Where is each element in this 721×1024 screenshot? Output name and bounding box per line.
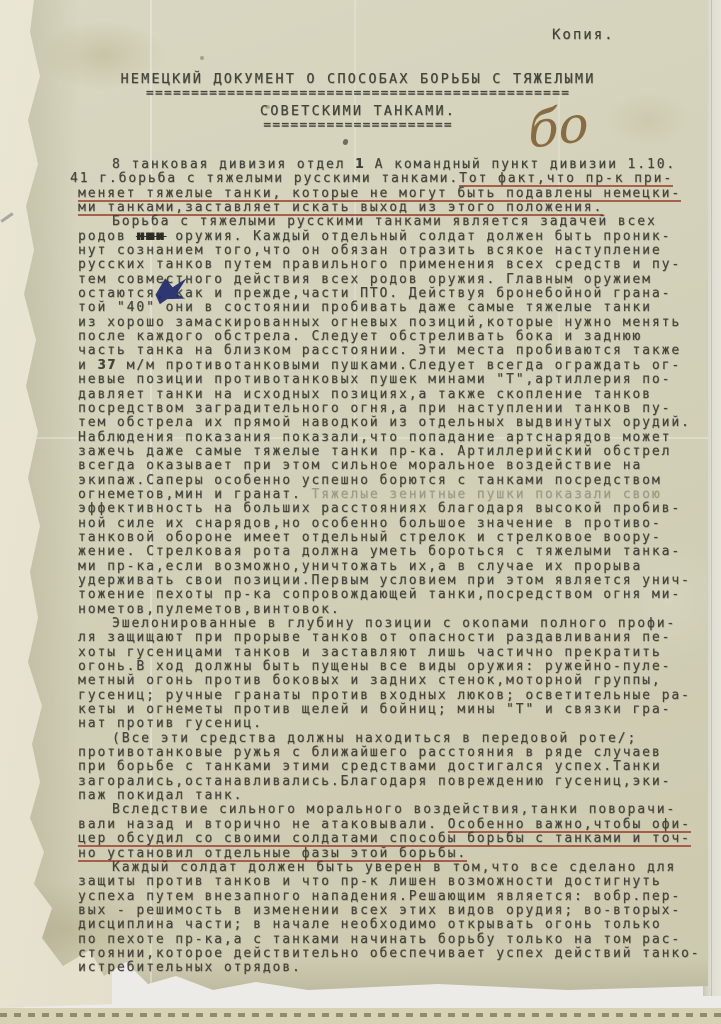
typewritten-text: вали назад и вторично не атаковывали. (78, 817, 448, 832)
text-line: Вследствие сильного морального воздейств… (78, 803, 704, 817)
text-line: ми танками,заставляет искать выход из эт… (78, 201, 704, 215)
paper-stain (200, 56, 204, 60)
text-line: танковой обороне имеет отдельный стрелок… (78, 531, 704, 545)
text-line: кеты и огнеметы против щелей и бойниц; м… (78, 703, 704, 717)
typewritten-text: 1 (355, 157, 365, 172)
text-line: огнеметов,мин и гранат. Тяжелые зенитные… (78, 488, 704, 502)
copy-label: Копия. (552, 27, 615, 43)
text-line: успеха путем внезапного нападения.Решающ… (78, 890, 704, 904)
typewritten-text: часть танка на близком расстоянии. Эти м… (78, 343, 681, 358)
text-line: меняет тяжелые танки, которые не могут б… (78, 187, 704, 201)
text-line: эффективность на больших расстояниях бла… (78, 502, 704, 516)
typewritten-text: 8 танковая дивизия отдел (112, 157, 355, 172)
typewritten-text: паж покидал танк. (78, 788, 243, 803)
typewritten-text: (Все эти средства должны находиться в пе… (112, 731, 637, 746)
text-line: давляет танки на исходных позициях,а так… (78, 388, 704, 402)
text-line: и 37 м/м противотанковыми пушками.Следуе… (78, 359, 704, 373)
text-line: Эшелонированные в глубину позиции с окоп… (78, 617, 704, 631)
typewritten-text: при борьбе с танками этими средствами до… (78, 759, 662, 774)
text-line: по пехоте пр-ка,а с танками начинать бор… (78, 933, 704, 947)
typewritten-text: нометов,пулеметов,винтовок. (78, 602, 341, 617)
title-rule-1: ========================================… (8, 85, 708, 102)
typewritten-text: противотанковые ружья с ближайшего расст… (78, 745, 662, 760)
typewritten-text: невые позиции противотанковых пушек мина… (78, 372, 671, 387)
typewritten-text: удерживать свои позиции.Первым условием … (78, 573, 691, 588)
typewritten-text: Борьба с тяжелыми русскими танками являе… (112, 214, 657, 229)
text-line: огонь.В ход должны быть пущены все виды … (78, 660, 704, 674)
typewritten-text: нут сознанием того,что он обязан отразит… (78, 243, 662, 258)
text-line: 8 танковая дивизия отдел 1 А командный п… (78, 158, 704, 172)
handwritten-page-number: бо (527, 94, 590, 159)
text-line: но установил отдельные фазы этой борьбы. (78, 847, 704, 861)
text-line: зажечь даже самые тяжелые танки пр-ка. А… (78, 445, 704, 459)
typewritten-text: эффективность на больших расстояниях бла… (78, 501, 681, 516)
next-page-edge (0, 1008, 721, 1024)
typewritten-text: жение. Стрелковая рота должна уметь боро… (78, 544, 681, 559)
typewritten-text: вых - решимость в изменении всех этих ви… (78, 903, 681, 918)
red-underlined-text: Тот факт,что пр-к при- (459, 171, 673, 187)
text-line: родов нши оружия. Каждый отдельный солда… (78, 230, 704, 244)
text-line: дисциплина части; в начале необходимо от… (78, 918, 704, 932)
text-line: защиты против танков и что пр-к лишен во… (78, 875, 704, 889)
typewritten-text: посредством заградительного огня,а при н… (78, 401, 671, 416)
text-line: Каждый солдат должен быть уверен в том,ч… (78, 861, 704, 875)
text-line: противотанковые ружья с ближайшего расст… (78, 746, 704, 760)
typewritten-text: Вследствие сильного морального воздейств… (112, 802, 676, 817)
ink-blot-icon (152, 274, 198, 306)
text-line: часть танка на близком расстоянии. Эти м… (78, 344, 704, 358)
typewritten-text: ной силе их снарядов,но особенно большое… (78, 516, 662, 531)
scanned-document-page: Копия. НЕМЕЦКИЙ ДОКУМЕНТ О СПОСОБАХ БОРЬ… (0, 0, 721, 1024)
text-line: Борьба с тяжелыми русскими танками являе… (78, 215, 704, 229)
text-line: нат против гусениц. (78, 717, 704, 731)
typewritten-text: Тяжелые зенитные пушки показали свою (311, 487, 661, 502)
text-line: нометов,пулеметов,винтовок. (78, 603, 704, 617)
document-title: НЕМЕЦКИЙ ДОКУМЕНТ О СПОСОБАХ БОРЬБЫ С ТЯ… (8, 70, 708, 134)
typewritten-text: 41 г.борьба с тяжелыми русскими танками. (70, 171, 459, 186)
right-edge-crease (711, 0, 712, 996)
typewritten-text: русских танков путем правильного примене… (78, 257, 681, 272)
typewritten-text: экипаж.Саперы особенно успешно борются с… (78, 473, 662, 488)
text-line: загорались,останавливались.Благодаря пов… (78, 775, 704, 789)
text-line: жение. Стрелковая рота должна уметь боро… (78, 545, 704, 559)
typewritten-text: дисциплина части; в начале необходимо от… (78, 917, 662, 932)
text-line: при борьбе с танками этими средствами до… (78, 760, 704, 774)
text-line: невые позиции противотанковых пушек мина… (78, 373, 704, 387)
typewritten-text: Эшелонированные в глубину позиции с окоп… (112, 616, 676, 631)
text-line: (Все эти средства должны находиться в пе… (78, 732, 704, 746)
text-line: 41 г.борьба с тяжелыми русскими танками.… (70, 172, 704, 186)
text-line: хоты гусеницами танков и заставляют лишь… (78, 646, 704, 660)
text-line: нут сознанием того,что он обязан отразит… (78, 244, 704, 258)
typewritten-text: Каждый солдат должен быть уверен в том,ч… (112, 860, 676, 875)
typewritten-text: огнеметов,мин и гранат. (78, 487, 311, 502)
text-line: тем обстрела их прямой наводкой из отдел… (78, 416, 704, 430)
next-page-dashes (0, 1013, 721, 1017)
typewritten-text: родов (78, 229, 136, 244)
typewritten-text: из хорошо замаскированных огневых позици… (78, 315, 681, 330)
text-line: Наблюдения показания показали,что попада… (78, 431, 704, 445)
typewritten-text: танковой обороне имеет отдельный стрелок… (78, 530, 662, 545)
title-rule-2: ===================== (8, 117, 708, 134)
typewritten-text: успеха путем внезапного нападения.Решающ… (78, 889, 681, 904)
red-underlined-text: цер обсудил со своими солдатами способы … (78, 831, 691, 847)
text-line: ля защищают при прорыве танков от опасно… (78, 631, 704, 645)
typewritten-text: тем обстрела их прямой наводкой из отдел… (78, 415, 691, 430)
typewritten-text: давляет танки на исходных позициях,а так… (78, 387, 652, 402)
text-line: после каждого обстрела. Следует обстрели… (78, 330, 704, 344)
text-line: вых - решимость в изменении всех этих ви… (78, 904, 704, 918)
typewritten-text: огонь.В ход должны быть пущены все виды … (78, 659, 671, 674)
typewritten-text: 37 (97, 358, 116, 373)
text-line: гусениц; ручные гранаты против входных л… (78, 689, 704, 703)
paper-stain (265, 105, 270, 109)
typewritten-text: гусениц; ручные гранаты против входных л… (78, 688, 691, 703)
text-line: удерживать свои позиции.Первым условием … (78, 574, 704, 588)
typewritten-text: кеты и огнеметы против щелей и бойниц; м… (78, 702, 671, 717)
typewritten-text: тожение пехоты пр-ка сопровождающей танк… (78, 587, 681, 602)
typewritten-text: оружия. Каждый отдельный солдат должен б… (166, 229, 672, 244)
typewritten-text: зажечь даже самые тяжелые танки пр-ка. А… (78, 444, 671, 459)
typewritten-text: нши (136, 229, 165, 244)
text-line: из хорошо замаскированных огневых позици… (78, 316, 704, 330)
typewritten-text: стоянии,которое действительно обеспечива… (78, 946, 701, 961)
text-line: ми пр-ка,если возможно,уничтожать их,а в… (78, 560, 704, 574)
typewritten-text: м/м противотанковыми пушками.Следует все… (117, 358, 681, 373)
typewritten-text: ми пр-ка,если возможно,уничтожать их,а в… (78, 559, 642, 574)
typewritten-text: метный огонь против боковых и задних сте… (78, 673, 662, 688)
text-line: экипаж.Саперы особенно успешно борются с… (78, 474, 704, 488)
typewritten-text: после каждого обстрела. Следует обстрели… (78, 329, 642, 344)
typewritten-text: А командный пункт дивизии 1.10. (365, 157, 676, 172)
typewritten-text: по пехоте пр-ка,а с танками начинать бор… (78, 932, 681, 947)
text-line: русских танков путем правильного примене… (78, 258, 704, 272)
typewritten-text: загорались,останавливались.Благодаря пов… (78, 774, 671, 789)
typewritten-text: всегда оказывает при этом сильное мораль… (78, 458, 642, 473)
text-line: цер обсудил со своими солдатами способы … (78, 832, 704, 846)
text-line: метный огонь против боковых и задних сте… (78, 674, 704, 688)
typewritten-text: защиты против танков и что пр-к лишен во… (78, 874, 662, 889)
text-line: посредством заградительного огня,а при н… (78, 402, 704, 416)
text-line: паж покидал танк. (78, 789, 704, 803)
typewritten-text: ля защищают при прорыве танков от опасно… (78, 630, 671, 645)
text-line: ной силе их снарядов,но особенно большое… (78, 517, 704, 531)
typewritten-text: Наблюдения показания показали,что попада… (78, 430, 671, 445)
text-line: тожение пехоты пр-ка сопровождающей танк… (78, 588, 704, 602)
text-line: стоянии,которое действительно обеспечива… (78, 947, 704, 961)
typewritten-text: хоты гусеницами танков и заставляют лишь… (78, 645, 662, 660)
text-line: истребительных отрядов. (78, 961, 704, 975)
typewritten-text: истребительных отрядов. (78, 960, 302, 975)
typewritten-text: нат против гусениц. (78, 716, 263, 731)
text-line: вали назад и вторично не атаковывали. Ос… (78, 818, 704, 832)
text-line: всегда оказывает при этом сильное мораль… (78, 459, 704, 473)
typewritten-text: и (78, 358, 97, 373)
